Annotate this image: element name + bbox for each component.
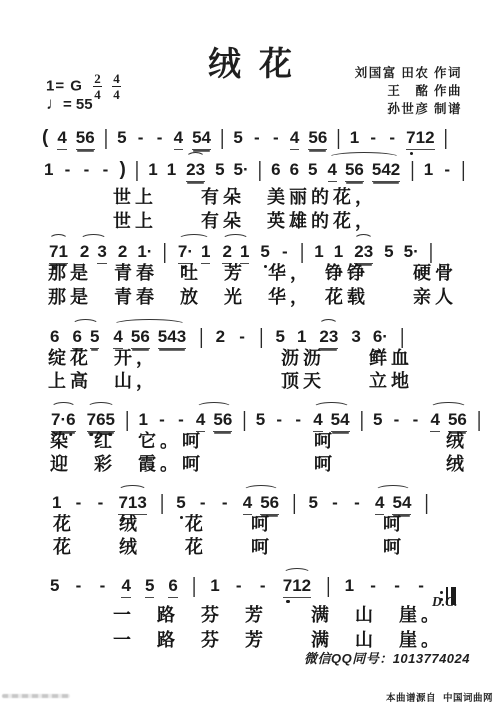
barline: | <box>135 158 139 182</box>
credits-transcriber: 孙世彦 制谱 <box>355 100 462 118</box>
time-signature-4-4: 44 <box>112 72 121 101</box>
barline: | <box>444 126 448 150</box>
note: 542 <box>372 160 400 182</box>
lyric-line-v2-1: 世上 有朵 英雄的花， <box>113 207 377 233</box>
note: 56 <box>308 128 327 150</box>
source-site-name: 中国词曲网 <box>443 693 493 704</box>
dash-note: - <box>155 128 165 148</box>
tempo-value: = 55 <box>63 96 93 113</box>
barline: | <box>220 126 224 150</box>
lyric-line-v1-1: 世上 有朵 美丽的花， <box>113 183 377 209</box>
note: 5· <box>234 160 249 180</box>
note: 1 <box>167 160 176 180</box>
note: 1 <box>350 128 359 148</box>
dash-note: - <box>252 128 262 148</box>
credits-composer: 王 酩 作曲 <box>355 82 462 100</box>
lyric-line-v2-5: 花 绒 花 呵 呵 <box>53 533 405 559</box>
note: 5 <box>308 160 317 180</box>
note: ) <box>119 159 125 181</box>
dash-note: - <box>442 160 452 180</box>
note: 4 <box>121 576 130 598</box>
note: 1 <box>424 160 433 180</box>
dash-note: - <box>387 128 397 148</box>
barline: | <box>424 491 428 515</box>
note: 5 <box>117 128 126 148</box>
note: 1 <box>44 160 53 180</box>
corner-watermark <box>2 694 70 698</box>
slur-group: 23 <box>185 160 206 182</box>
note: 4 <box>57 128 66 150</box>
time-signature-2-4: 24 <box>93 72 102 101</box>
note: 6 <box>168 576 177 598</box>
barline: | <box>192 574 196 598</box>
barline: | <box>477 408 481 432</box>
note: 712 <box>406 128 434 150</box>
note: 54 <box>192 128 211 150</box>
note: 1 <box>210 576 219 596</box>
dash-note: - <box>368 576 378 596</box>
dash-note: - <box>271 128 281 148</box>
note: 5 <box>145 576 154 598</box>
barline: | <box>326 574 330 598</box>
source-prefix: 本曲谱源自 <box>386 693 436 704</box>
lyric-line-v1-6: 一 路 芬 芳 满 山 崖。 <box>113 601 443 627</box>
note: 6 <box>271 160 280 180</box>
note: 23 <box>186 160 205 182</box>
meter-denominator: 4 <box>94 88 101 101</box>
lyric-line-v2-2: 那是 青春 放 光 华， 花载 亲人 <box>48 283 457 309</box>
note: 4 <box>174 128 183 150</box>
barline: | <box>461 158 465 182</box>
note: 56 <box>76 128 95 150</box>
dash-note: - <box>73 576 83 596</box>
tempo-marking: ♩= 55 <box>46 94 93 114</box>
dash-note: - <box>258 576 268 596</box>
key-text: 1= G <box>46 78 83 95</box>
dash-note: - <box>81 160 91 180</box>
dash-note: - <box>368 128 378 148</box>
barline: | <box>410 158 414 182</box>
slur-group: 456542 <box>327 160 402 182</box>
meter-numerator: 2 <box>94 72 101 85</box>
quarter-note-icon: ♩ <box>46 94 63 113</box>
note: 712 <box>283 576 311 598</box>
note: 5 <box>233 128 242 148</box>
dash-note: - <box>136 128 146 148</box>
credits-block: 刘国富 田农 作词 王 酩 作曲 孙世彦 制谱 <box>355 64 462 118</box>
sheet-music-page: 绒花 1= G2444 ♩= 55 刘国富 田农 作词 王 酩 作曲 孙世彦 制… <box>0 0 500 707</box>
dash-note: - <box>416 576 426 596</box>
note: 1 <box>345 576 354 596</box>
barline: | <box>104 126 108 150</box>
source-attribution: 本曲谱源自中国词曲网 <box>386 690 493 704</box>
slur-group: 712 <box>282 576 312 598</box>
wechat-contact: 微信QQ同号：1013774024 <box>304 648 470 667</box>
note: 1 <box>148 160 157 180</box>
note: ( <box>42 127 48 149</box>
note: 5 <box>215 160 224 180</box>
note: 4 <box>290 128 299 150</box>
lyric-line-v2-3: 上高 山， 顶天 立地 <box>48 367 413 393</box>
lyric-line-v2-4: 迎 彩 霞。呵 呵 绒 <box>50 450 468 476</box>
note: 5 <box>50 576 59 596</box>
dash-note: - <box>234 576 244 596</box>
note: 56 <box>345 160 364 182</box>
note: 4 <box>328 160 337 182</box>
dash-note: - <box>97 576 107 596</box>
barline: | <box>336 126 340 150</box>
meter-numerator: 4 <box>113 72 120 85</box>
meter-denominator: 4 <box>113 88 120 101</box>
credits-lyricist: 刘国富 田农 作词 <box>355 64 462 82</box>
barline: | <box>258 158 262 182</box>
dash-note: - <box>392 576 402 596</box>
lyric-line-v1-2: 那是 青春 吐 芳 华， 铮铮 硬骨 <box>48 259 457 285</box>
note: 6 <box>290 160 299 180</box>
dash-note: - <box>62 160 72 180</box>
dash-note: - <box>100 160 110 180</box>
